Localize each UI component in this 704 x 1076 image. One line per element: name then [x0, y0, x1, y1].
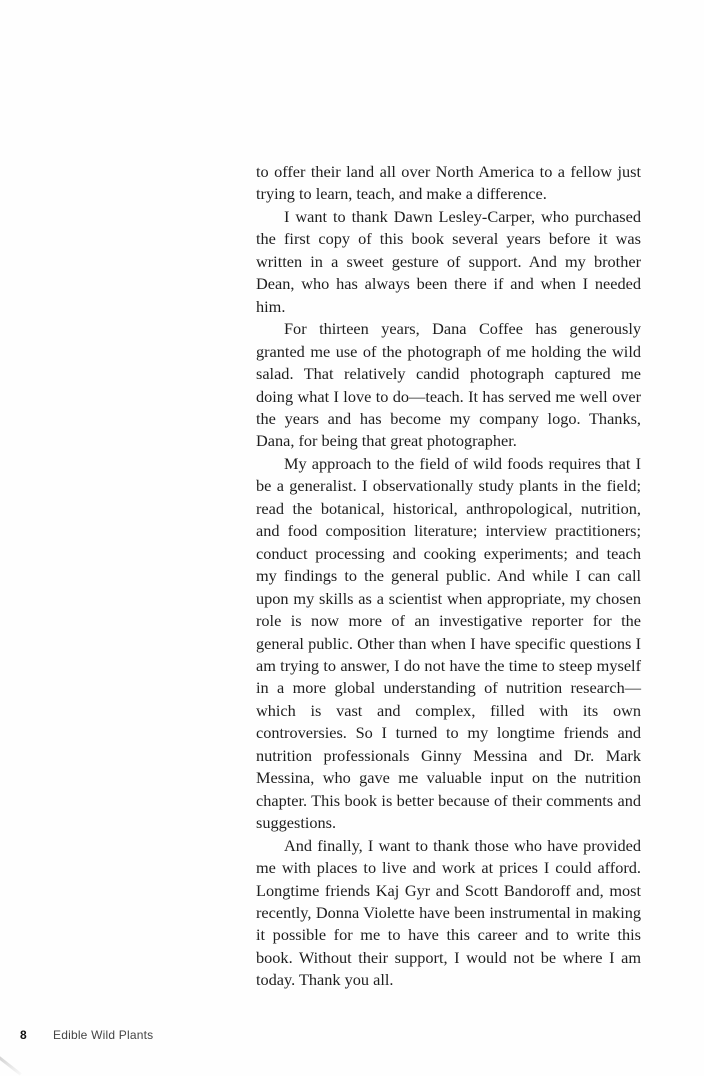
page-footer: 8 Edible Wild Plants [20, 1028, 153, 1042]
book-page: to offer their land all over North Ameri… [0, 0, 704, 1076]
page-number: 8 [20, 1028, 53, 1042]
scan-artifact-mark [0, 1052, 22, 1075]
running-title: Edible Wild Plants [53, 1028, 153, 1042]
paragraph-continued: to offer their land all over North Ameri… [256, 161, 641, 206]
paragraph-approach-generalist: My approach to the field of wild foods r… [256, 453, 641, 835]
paragraph-thanks-hosts: And finally, I want to thank those who h… [256, 835, 641, 992]
paragraph-thanks-dawn-dean: I want to thank Dawn Lesley-Carper, who … [256, 206, 641, 318]
paragraph-thanks-dana: For thirteen years, Dana Coffee has gene… [256, 318, 641, 453]
body-text: to offer their land all over North Ameri… [256, 161, 641, 992]
